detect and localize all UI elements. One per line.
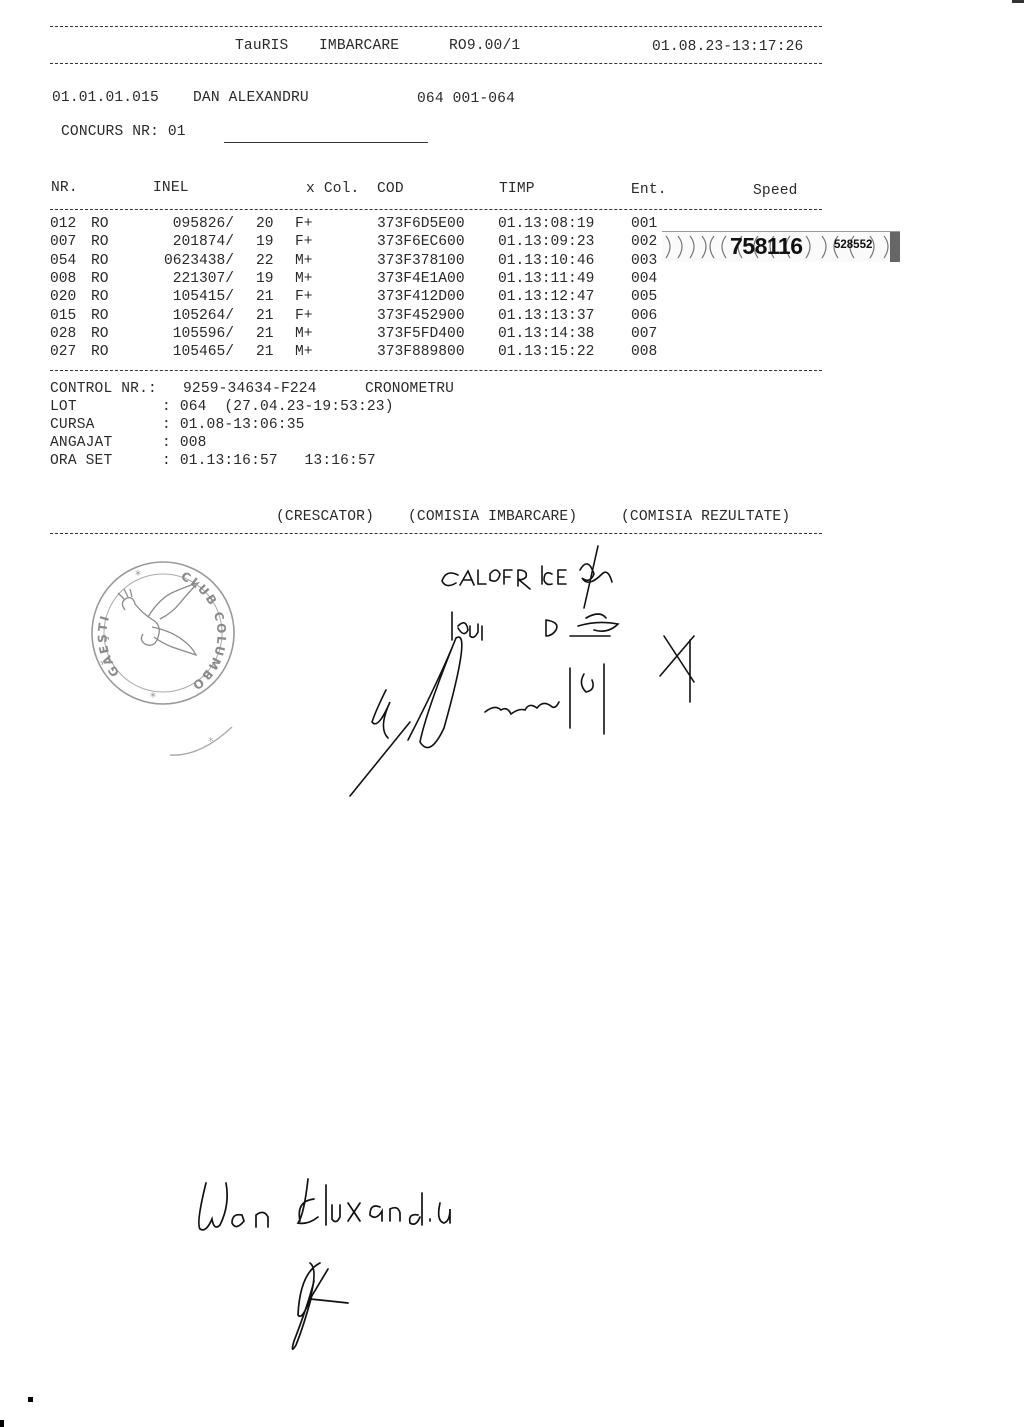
col-timp: TIMP: [499, 180, 535, 198]
cell-year: 20: [256, 215, 274, 233]
cell-sex: F+: [295, 233, 313, 251]
cell-nr: 020: [50, 288, 76, 306]
cell-year: 21: [256, 325, 274, 343]
cell-ring: 105264/: [173, 307, 234, 325]
field-label: ORA SET: [50, 452, 112, 470]
cell-ent: 002: [631, 233, 657, 251]
cell-cod: 373F412D00: [377, 288, 465, 306]
owner-name: DAN ALEXANDRU: [193, 89, 309, 107]
cell-sex: F+: [295, 307, 313, 325]
cell-nr: 008: [50, 270, 76, 288]
cell-cod: 373F5FD400: [377, 325, 465, 343]
cell-cod: 373F889800: [377, 343, 465, 361]
cell-year: 21: [256, 343, 274, 361]
cell-ring: 105415/: [173, 288, 234, 306]
divider: [50, 63, 822, 64]
mode-label: IMBARCARE: [319, 37, 399, 55]
field-value: : 01.08-13:06:35: [162, 416, 305, 434]
cell-sex: M+: [295, 252, 313, 270]
cell-nr: 027: [50, 343, 76, 361]
cell-ent: 001: [631, 215, 657, 233]
concurs-label: CONCURS NR: 01: [61, 123, 186, 141]
cell-ent: 006: [631, 307, 657, 325]
cell-country: RO: [91, 270, 109, 288]
cell-timp: 01.13:13:37: [498, 307, 594, 325]
device-label: CRONOMETRU: [365, 380, 454, 398]
cell-timp: 01.13:11:49: [498, 270, 594, 288]
cell-nr: 054: [50, 252, 76, 270]
dove-icon: [118, 583, 198, 655]
control-value: 9259-34634-F224: [183, 380, 317, 398]
col-ent: Ent.: [631, 181, 667, 199]
cell-country: RO: [91, 215, 109, 233]
col-nr: NR.: [51, 179, 78, 197]
table-row: 015RO105264/21F+373F45290001.13:13:37006: [50, 307, 670, 325]
table-row: 007RO201874/19F+373F6EC60001.13:09:23002: [50, 233, 670, 251]
table-row: 020RO105415/21F+373F412D0001.13:12:47005: [50, 288, 670, 306]
cell-sex: M+: [295, 270, 313, 288]
cell-ring: 221307/: [173, 270, 234, 288]
cell-timp: 01.13:12:47: [498, 288, 594, 306]
cell-cod: 373F6D5E00: [377, 215, 465, 233]
field-label: LOT: [50, 398, 77, 416]
cell-nr: 007: [50, 233, 76, 251]
col-cod: COD: [377, 180, 404, 198]
table-row: 054RO0623438/22M+373F37810001.13:10:4600…: [50, 252, 670, 270]
cell-year: 22: [256, 252, 274, 270]
app-name: TauRIS: [235, 37, 288, 55]
cell-country: RO: [91, 325, 109, 343]
cell-cod: 373F378100: [377, 252, 465, 270]
field-value: : 008: [162, 434, 207, 452]
cell-timp: 01.13:15:22: [498, 343, 594, 361]
seal-serial: 528552: [834, 239, 872, 251]
cell-cod: 373F452900: [377, 307, 465, 325]
cell-nr: 015: [50, 307, 76, 325]
sig-label-comisia-imbarcare: (COMISIA IMBARCARE): [408, 508, 577, 526]
cell-year: 19: [256, 233, 274, 251]
cell-cod: 373F4E1A00: [377, 270, 465, 288]
club-stamp: CLUB COLUMBOFIL GĂEŞTI * * *: [80, 555, 250, 785]
cell-country: RO: [91, 288, 109, 306]
cell-year: 19: [256, 270, 274, 288]
sig-label-crescator: (CRESCATOR): [276, 508, 374, 526]
field-label: CURSA: [50, 416, 95, 434]
cell-timp: 01.13:14:38: [498, 325, 594, 343]
scan-speck: [1012, 0, 1024, 3]
scan-speck: [28, 1397, 33, 1402]
cell-ring: 0623438/: [164, 252, 234, 270]
col-speed: Speed: [753, 182, 798, 200]
cell-timp: 01.13:10:46: [498, 252, 594, 270]
svg-text:*: *: [150, 690, 156, 704]
svg-text:*: *: [208, 735, 214, 748]
seal-number: 758116: [730, 233, 802, 260]
cell-timp: 01.13:09:23: [498, 233, 594, 251]
table-row: 027RO105465/21M+373F88980001.13:15:22008: [50, 343, 670, 361]
signature-line: [224, 142, 428, 143]
cell-sex: M+: [295, 343, 313, 361]
svg-text:*: *: [135, 568, 141, 582]
header-datetime: 01.08.23-13:17:26: [652, 38, 803, 56]
version-label: RO9.00/1: [449, 37, 520, 55]
divider: [50, 26, 822, 27]
field-value: : 064 (27.04.23-19:53:23): [162, 398, 394, 416]
cell-ring: 105596/: [173, 325, 234, 343]
col-inel: INEL: [153, 179, 189, 197]
divider: [50, 370, 822, 371]
svg-text:GĂEŞTI: GĂEŞTI: [95, 613, 122, 680]
cell-cod: 373F6EC600: [377, 233, 465, 251]
cell-ent: 003: [631, 252, 657, 270]
seal-strip: 758116 528552: [662, 231, 900, 262]
cell-ent: 004: [631, 270, 657, 288]
cell-year: 21: [256, 288, 274, 306]
table-row: 008RO221307/19M+373F4E1A0001.13:11:49004: [50, 270, 670, 288]
owner-range: 064 001-064: [417, 90, 515, 108]
cell-sex: F+: [295, 288, 313, 306]
commission-signature: [340, 540, 740, 800]
divider: [50, 533, 822, 534]
cell-ring: 105465/: [173, 343, 234, 361]
col-xcol: x Col.: [306, 180, 359, 198]
cell-country: RO: [91, 233, 109, 251]
field-value: : 01.13:16:57 13:16:57: [162, 452, 376, 470]
cell-country: RO: [91, 252, 109, 270]
cell-country: RO: [91, 307, 109, 325]
owner-code: 01.01.01.015: [52, 89, 159, 107]
table-row: 028RO105596/21M+373F5FD40001.13:14:38007: [50, 325, 670, 343]
cell-ring: 201874/: [173, 233, 234, 251]
sig-label-comisia-rezultate: (COMISIA REZULTATE): [621, 508, 790, 526]
cell-year: 21: [256, 307, 274, 325]
control-label: CONTROL NR.:: [50, 380, 157, 398]
divider: [50, 209, 822, 210]
table-row: 012RO095826/20F+373F6D5E0001.13:08:19001: [50, 215, 670, 233]
cell-sex: F+: [295, 215, 313, 233]
cell-nr: 028: [50, 325, 76, 343]
cell-ent: 008: [631, 343, 657, 361]
cell-ent: 007: [631, 325, 657, 343]
scan-speck: [0, 1420, 4, 1427]
cell-timp: 01.13:08:19: [498, 215, 594, 233]
owner-signature: [190, 1175, 530, 1365]
cell-ring: 095826/: [173, 215, 234, 233]
cell-sex: M+: [295, 325, 313, 343]
cell-ent: 005: [631, 288, 657, 306]
field-label: ANGAJAT: [50, 434, 112, 452]
cell-country: RO: [91, 343, 109, 361]
cell-nr: 012: [50, 215, 76, 233]
stamp-text-left: GĂEŞTI: [95, 613, 122, 680]
